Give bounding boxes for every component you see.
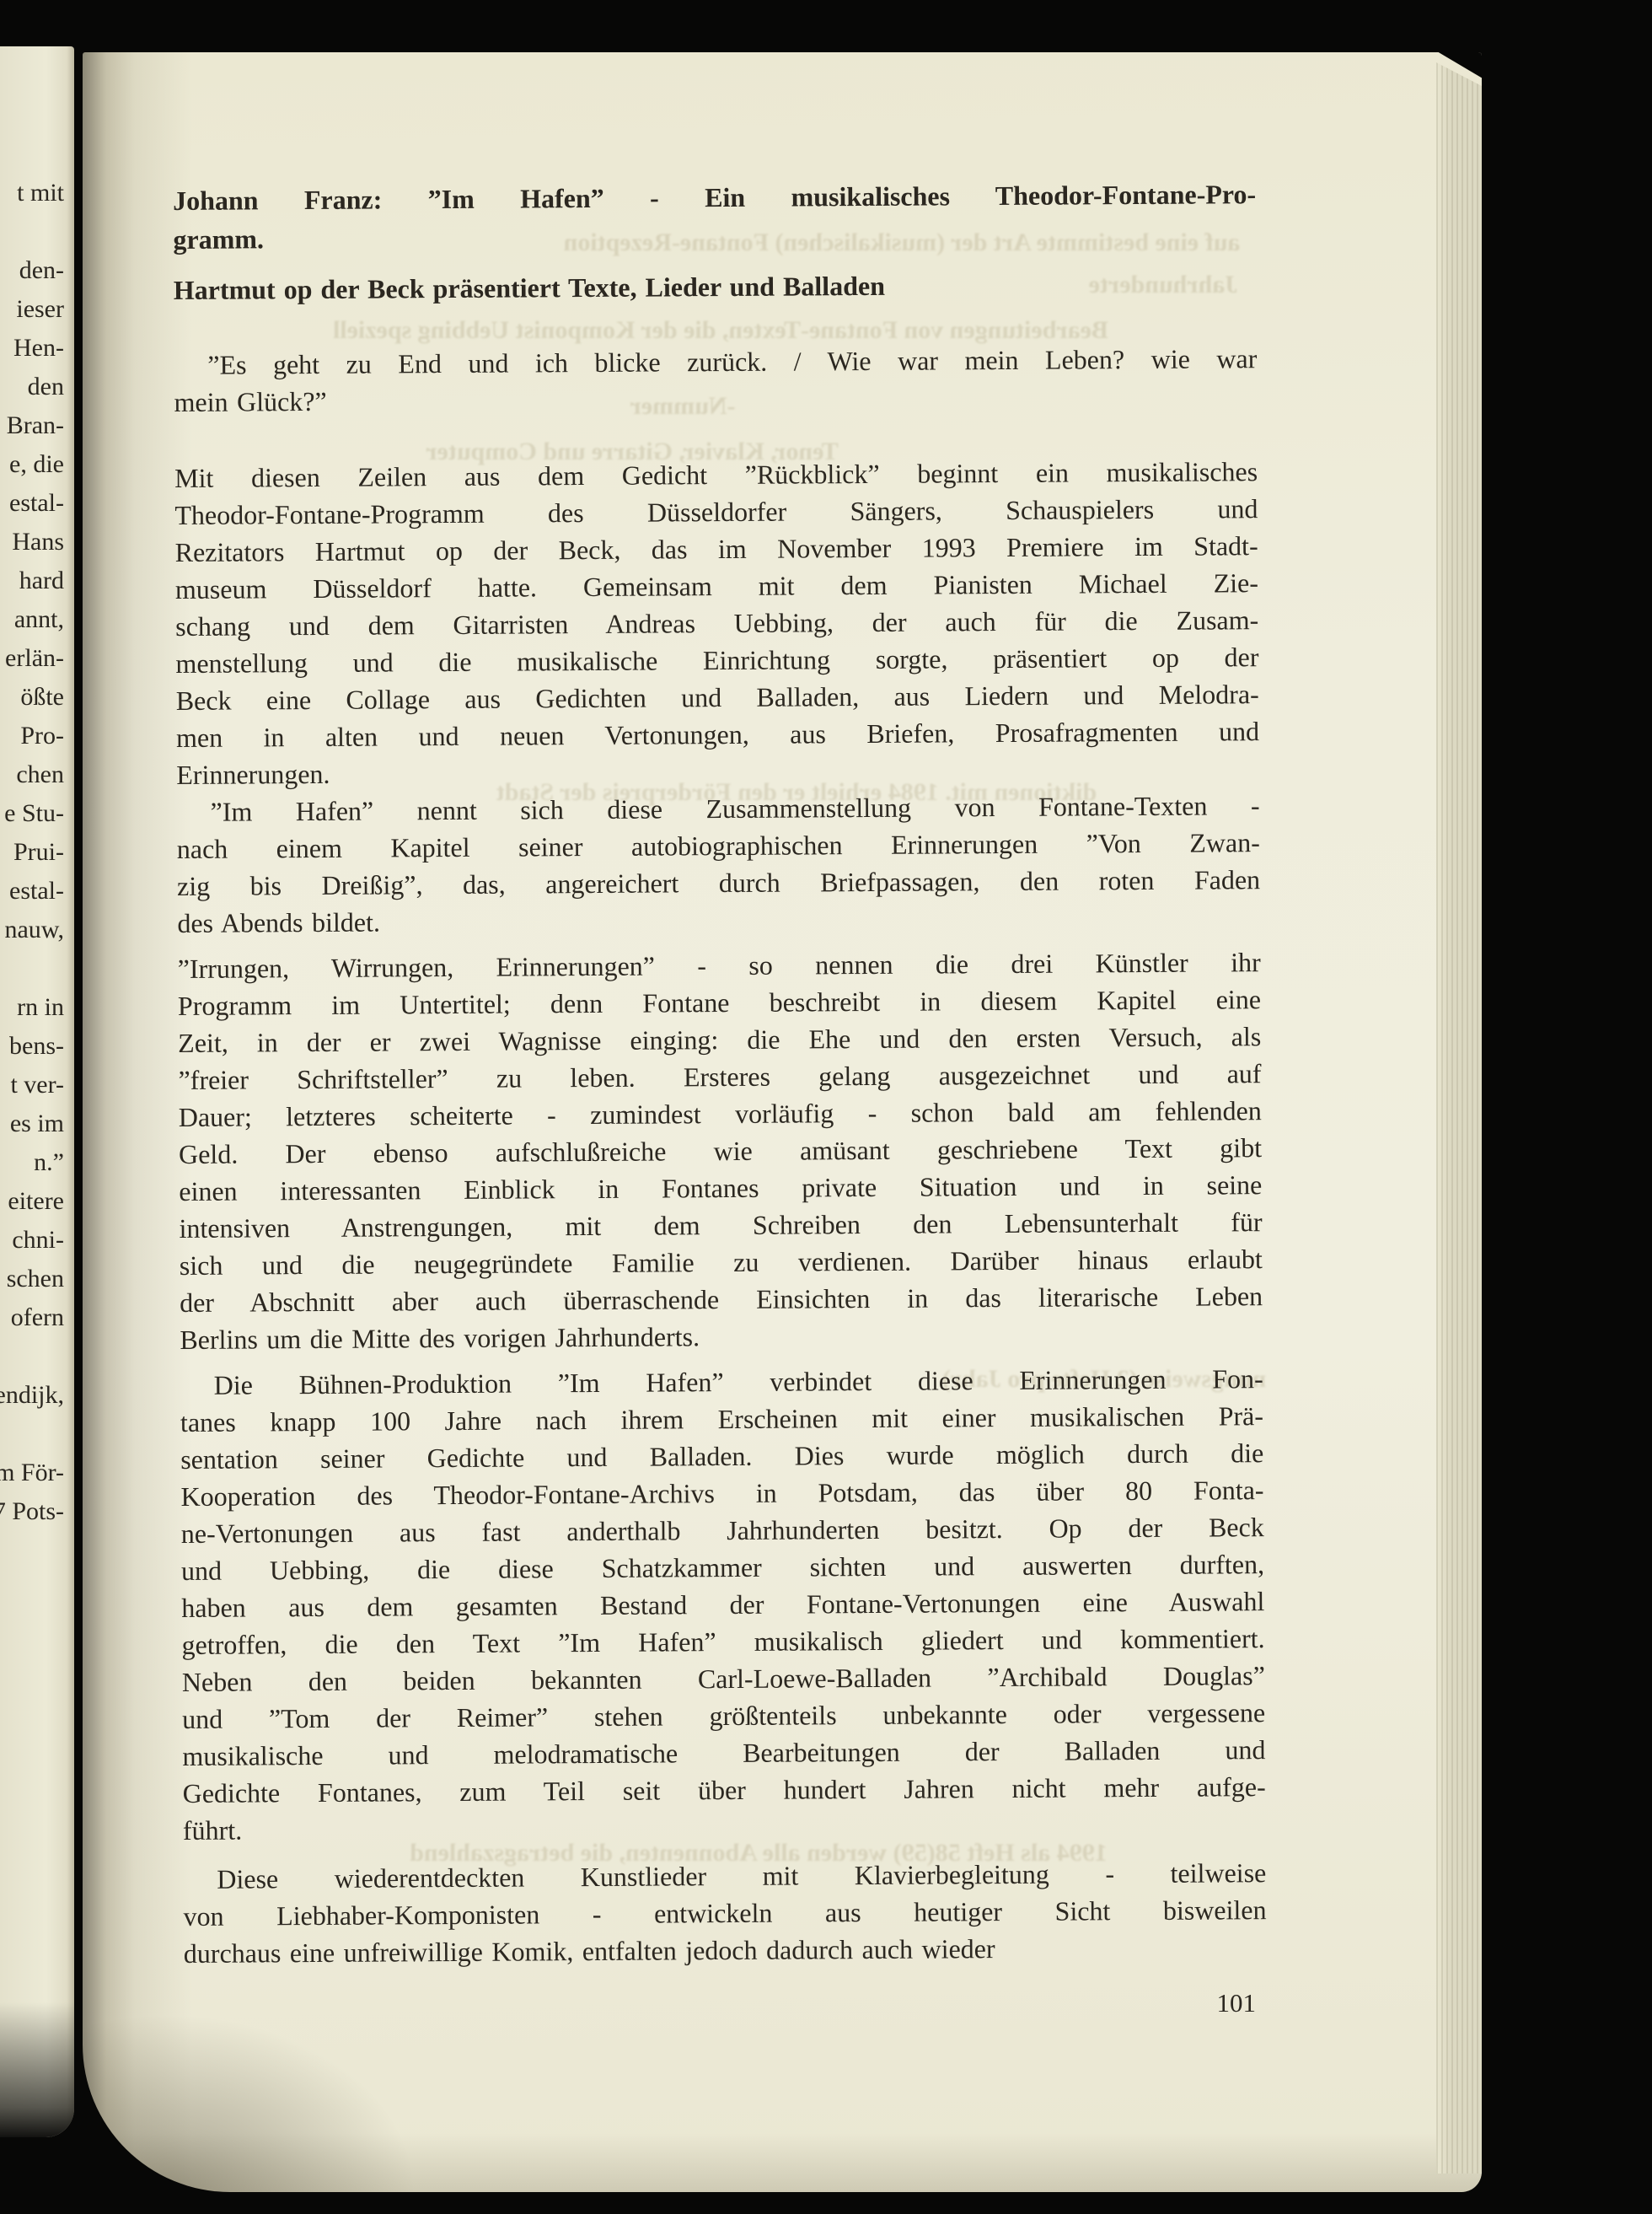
body-line: nach einem Kapitel seiner autobiographis…: [177, 824, 1260, 868]
body-line: Kooperation des Theodor-Fontane-Archivs …: [180, 1471, 1263, 1515]
body-line: einen interessanten Einblick in Fontanes…: [179, 1166, 1262, 1210]
left-page-fragment: e, die: [0, 445, 64, 484]
left-page-fragment: ieser: [0, 290, 64, 329]
body-line: Gedichte Fontanes, zum Teil seit über hu…: [183, 1768, 1266, 1812]
body-line: schang und dem Gitarristen Andreas Uebbi…: [175, 601, 1258, 645]
left-page-fragment: m För-: [0, 1454, 64, 1492]
left-page-fragment: ößte: [0, 678, 64, 717]
left-page-sliver: t mit den-ieserHen-denBran-e, dieestal-H…: [0, 46, 74, 2137]
body-line: von Liebhaber-Komponisten - entwickeln a…: [183, 1891, 1266, 1935]
left-page-fragment: chni-: [0, 1221, 64, 1260]
body-line: Mit diesen Zeilen aus dem Gedicht ”Rückb…: [174, 453, 1258, 497]
left-page-fragment: nauw,: [0, 911, 64, 949]
body-line: Zeit, in der er zwei Wagnisse einging: d…: [178, 1018, 1261, 1061]
body-line: sich und die neugegründete Familie zu ve…: [180, 1240, 1263, 1284]
left-page-fragment: annt,: [0, 600, 64, 639]
body-line: Erinnerungen.: [176, 750, 1259, 793]
body-line: ne-Vertonungen aus fast anderthalb Jahrh…: [181, 1508, 1264, 1552]
body-line: des Abends bildet.: [177, 898, 1260, 942]
body-line: Berlins um die Mitte des vorigen Jahrhun…: [180, 1314, 1263, 1358]
left-page-fragment: estal-: [0, 484, 64, 523]
body-line: Rezitators Hartmut op der Beck, das im N…: [175, 527, 1258, 571]
right-page: auf eine bestimmte Art der (musikalische…: [83, 52, 1482, 2192]
page-corner-cut: [1437, 52, 1482, 78]
left-page-fragment: bens-: [0, 1027, 64, 1066]
body-line: und Uebbing, die diese Schatzkammer sich…: [181, 1545, 1264, 1589]
left-page-fragment: [0, 1415, 64, 1454]
body-line: getroffen, die den Text ”Im Hafen” musik…: [181, 1620, 1264, 1663]
paragraph: Mit diesen Zeilen aus dem Gedicht ”Rückb…: [174, 453, 1259, 793]
left-page-fragment: schen: [0, 1260, 64, 1298]
left-page-fragment: Bran-: [0, 406, 64, 445]
body-line: Neben den beiden bekannten Carl-Loewe-Ba…: [182, 1657, 1265, 1701]
left-page-fragment: es im: [0, 1104, 64, 1143]
body-line: durchaus eine unfreiwillige Komik, entfa…: [184, 1928, 1267, 1972]
left-page-fragment: erlän-: [0, 639, 64, 678]
left-page-fragment: t ver-: [0, 1066, 64, 1104]
body-line: haben aus dem gesamten Bestand der Fonta…: [181, 1583, 1264, 1626]
page-number: 101: [173, 1988, 1256, 2018]
body-line: ”Irrungen, Wirrungen, Erinnerungen” - so…: [178, 943, 1261, 987]
body-line: men in alten und neuen Vertonungen, aus …: [176, 712, 1259, 756]
left-page-fragment: [0, 949, 64, 988]
body-line: Beck eine Collage aus Gedichten und Ball…: [176, 675, 1259, 719]
scanned-book-spread: { "scan": { "colors": { "background": "#…: [0, 0, 1652, 2214]
body-line: der Abschnitt aber auch überraschende Ei…: [180, 1277, 1263, 1321]
body-line: intensiven Anstrengungen, mit dem Schrei…: [179, 1203, 1262, 1247]
left-page-text-fragments: t mit den-ieserHen-denBran-e, dieestal-H…: [0, 174, 64, 1531]
paragraph: Diese wiederentdeckten Kunstlieder mit K…: [183, 1854, 1267, 1972]
body-line: tanes knapp 100 Jahre nach ihrem Erschei…: [180, 1397, 1263, 1441]
left-page-fragment: chen: [0, 755, 64, 794]
body-line: menstellung und die musikalische Einrich…: [175, 638, 1258, 682]
left-page-fragment: den-: [0, 251, 64, 290]
left-page-fragment: Hen-: [0, 329, 64, 368]
left-page-fragment: eitere: [0, 1182, 64, 1221]
paragraph: ”Es geht zu End und ich blicke zurück. /…: [174, 340, 1258, 421]
body-line: zig bis Dreißig”, das, angereichert durc…: [177, 861, 1260, 905]
article-heading: Johann Franz: ”Im Hafen” - Ein musikalis…: [173, 175, 1257, 309]
left-page-fragment: Hans: [0, 523, 64, 562]
body-line: Programm im Untertitel; denn Fontane bes…: [178, 981, 1261, 1024]
body-line: und ”Tom der Reimer” stehen größtenteils…: [182, 1694, 1265, 1738]
heading-line: Hartmut op der Beck präsentiert Texte, L…: [174, 264, 1257, 309]
left-page-fragment: den: [0, 368, 64, 406]
left-page-fragment: estal-: [0, 872, 64, 911]
body-line: sentation seiner Gedichte und Balladen. …: [180, 1434, 1263, 1478]
left-page-fragment: 7 Pots-: [0, 1492, 64, 1531]
body-line: führt.: [183, 1805, 1266, 1849]
left-page-fragment: [0, 1337, 64, 1376]
left-page-fragment: rn in: [0, 988, 64, 1027]
body-line: Die Bühnen-Produktion ”Im Hafen” verbind…: [180, 1360, 1263, 1404]
paragraph: ”Irrungen, Wirrungen, Erinnerungen” - so…: [178, 943, 1263, 1358]
body-line: museum Düsseldorf hatte. Gemeinsam mit d…: [175, 564, 1258, 608]
left-page-fragment: ofern: [0, 1298, 64, 1337]
body-line: ”freier Schriftsteller” zu leben. Erster…: [178, 1055, 1261, 1099]
left-page-fragment: endijk,: [0, 1376, 64, 1415]
body-line: Diese wiederentdeckten Kunstlieder mit K…: [183, 1854, 1266, 1898]
left-page-fragment: [0, 212, 64, 251]
body-line: Dauer; letzteres scheiterte - zumindest …: [179, 1092, 1262, 1136]
body-line: musikalische und melodramatische Bearbei…: [182, 1731, 1265, 1775]
left-page-fragment: t mit: [0, 174, 64, 212]
left-page-fragment: Pro-: [0, 717, 64, 755]
left-page-fragment: n.”: [0, 1143, 64, 1182]
left-page-fragment: e Stu-: [0, 794, 64, 833]
body-line: ”Es geht zu End und ich blicke zurück. /…: [174, 340, 1257, 384]
page-text-block: Johann Franz: ”Im Hafen” - Ein musikalis…: [173, 175, 1267, 1972]
left-page-fragment: Prui-: [0, 833, 64, 872]
article-body: ”Es geht zu End und ich blicke zurück. /…: [174, 340, 1267, 1972]
heading-line: gramm.: [173, 213, 1256, 259]
body-line: Geld. Der ebenso aufschlußreiche wie amü…: [179, 1129, 1262, 1173]
heading-line: Johann Franz: ”Im Hafen” - Ein musikalis…: [173, 175, 1256, 220]
body-line: ”Im Hafen” nennt sich diese Zusammenstel…: [176, 787, 1259, 830]
left-page-fragment: hard: [0, 562, 64, 600]
body-line: Theodor-Fontane-Programm des Düsseldorfe…: [174, 490, 1258, 534]
body-line: mein Glück?”: [174, 377, 1257, 421]
paragraph: ”Im Hafen” nennt sich diese Zusammenstel…: [176, 787, 1260, 942]
page-stack-edge: [1436, 62, 1482, 2174]
paragraph: Die Bühnen-Produktion ”Im Hafen” verbind…: [180, 1360, 1266, 1849]
